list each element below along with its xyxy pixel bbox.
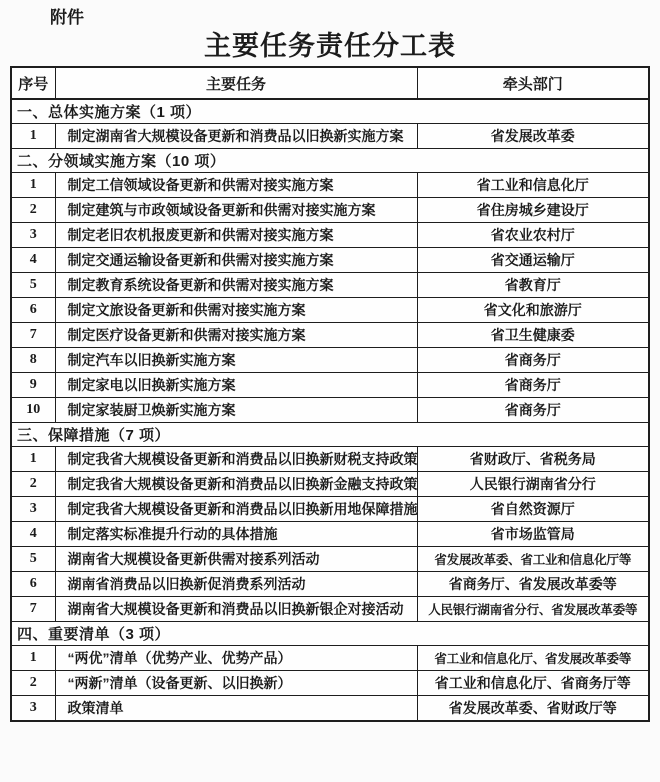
- dept-cell: 省发展改革委、省财政厅等: [417, 696, 649, 722]
- section-header-row: 二、分领域实施方案（10 项）: [11, 149, 649, 173]
- serial-number-cell: 10: [11, 398, 55, 423]
- serial-number-cell: 1: [11, 646, 55, 671]
- serial-number-cell: 7: [11, 597, 55, 622]
- serial-number-cell: 5: [11, 273, 55, 298]
- dept-cell: 省发展改革委: [417, 124, 649, 149]
- serial-number-cell: 5: [11, 547, 55, 572]
- serial-number-cell: 1: [11, 447, 55, 472]
- serial-number-cell: 3: [11, 696, 55, 722]
- serial-number-cell: 4: [11, 248, 55, 273]
- header-cell-dept: 牵头部门: [417, 67, 649, 99]
- table-row: 5湖南省大规模设备更新供需对接系列活动省发展改革委、省工业和信息化厅等: [11, 547, 649, 572]
- table-row: 7湖南省大规模设备更新和消费品以旧换新银企对接活动人民银行湖南省分行、省发展改革…: [11, 597, 649, 622]
- section-title: 四、重要清单（3 项）: [11, 622, 649, 646]
- table-row: 4制定落实标准提升行动的具体措施省市场监管局: [11, 522, 649, 547]
- table-row: 2制定建筑与市政领域设备更新和供需对接实施方案省住房城乡建设厅: [11, 198, 649, 223]
- header-cell-serial: 序号: [11, 67, 55, 99]
- document-page: 附件 主要任务责任分工表 序号 主要任务 牵头部门 一、总体实施方案（1 项）1…: [0, 0, 660, 782]
- table-row: 1制定我省大规模设备更新和消费品以旧换新财税支持政策省财政厅、省税务局: [11, 447, 649, 472]
- task-cell: 制定家装厨卫焕新实施方案: [55, 398, 417, 423]
- serial-number-cell: 3: [11, 223, 55, 248]
- task-cell: “两新”清单（设备更新、以旧换新）: [55, 671, 417, 696]
- dept-cell: 省自然资源厅: [417, 497, 649, 522]
- section-header-row: 一、总体实施方案（1 项）: [11, 99, 649, 124]
- serial-number-cell: 2: [11, 472, 55, 497]
- table-row: 1“两优”清单（优势产业、优势产品）省工业和信息化厅、省发展改革委等: [11, 646, 649, 671]
- task-cell: 制定家电以旧换新实施方案: [55, 373, 417, 398]
- table-row: 3政策清单省发展改革委、省财政厅等: [11, 696, 649, 722]
- dept-cell: 省市场监管局: [417, 522, 649, 547]
- section-title: 三、保障措施（7 项）: [11, 423, 649, 447]
- task-cell: “两优”清单（优势产业、优势产品）: [55, 646, 417, 671]
- dept-cell: 省商务厅: [417, 398, 649, 423]
- section-title: 一、总体实施方案（1 项）: [11, 99, 649, 124]
- task-cell: 制定文旅设备更新和供需对接实施方案: [55, 298, 417, 323]
- task-cell: 制定我省大规模设备更新和消费品以旧换新财税支持政策: [55, 447, 417, 472]
- task-cell: 制定老旧农机报废更新和供需对接实施方案: [55, 223, 417, 248]
- task-cell: 湖南省大规模设备更新供需对接系列活动: [55, 547, 417, 572]
- task-table: 序号 主要任务 牵头部门 一、总体实施方案（1 项）1制定湖南省大规模设备更新和…: [10, 66, 650, 722]
- task-cell: 湖南省大规模设备更新和消费品以旧换新银企对接活动: [55, 597, 417, 622]
- serial-number-cell: 1: [11, 173, 55, 198]
- dept-cell: 省工业和信息化厅、省商务厅等: [417, 671, 649, 696]
- dept-cell: 省商务厅: [417, 348, 649, 373]
- header-cell-task: 主要任务: [55, 67, 417, 99]
- task-cell: 湖南省消费品以旧换新促消费系列活动: [55, 572, 417, 597]
- task-cell: 制定教育系统设备更新和供需对接实施方案: [55, 273, 417, 298]
- task-cell: 制定工信领域设备更新和供需对接实施方案: [55, 173, 417, 198]
- table-row: 2“两新”清单（设备更新、以旧换新）省工业和信息化厅、省商务厅等: [11, 671, 649, 696]
- task-cell: 制定建筑与市政领域设备更新和供需对接实施方案: [55, 198, 417, 223]
- table-row: 10制定家装厨卫焕新实施方案省商务厅: [11, 398, 649, 423]
- dept-cell: 省商务厅、省发展改革委等: [417, 572, 649, 597]
- table-row: 9制定家电以旧换新实施方案省商务厅: [11, 373, 649, 398]
- table-row: 1制定工信领域设备更新和供需对接实施方案省工业和信息化厅: [11, 173, 649, 198]
- dept-cell: 省工业和信息化厅: [417, 173, 649, 198]
- dept-cell: 人民银行湖南省分行: [417, 472, 649, 497]
- table-row: 6制定文旅设备更新和供需对接实施方案省文化和旅游厅: [11, 298, 649, 323]
- table-row: 7制定医疗设备更新和供需对接实施方案省卫生健康委: [11, 323, 649, 348]
- serial-number-cell: 2: [11, 671, 55, 696]
- table-row: 3制定我省大规模设备更新和消费品以旧换新用地保障措施省自然资源厅: [11, 497, 649, 522]
- serial-number-cell: 9: [11, 373, 55, 398]
- attachment-label: 附件: [50, 0, 660, 28]
- table-row: 3制定老旧农机报废更新和供需对接实施方案省农业农村厅: [11, 223, 649, 248]
- serial-number-cell: 6: [11, 298, 55, 323]
- dept-cell: 省工业和信息化厅、省发展改革委等: [417, 646, 649, 671]
- task-cell: 制定交通运输设备更新和供需对接实施方案: [55, 248, 417, 273]
- table-row: 5制定教育系统设备更新和供需对接实施方案省教育厅: [11, 273, 649, 298]
- table-row: 2制定我省大规模设备更新和消费品以旧换新金融支持政策人民银行湖南省分行: [11, 472, 649, 497]
- table-row: 4制定交通运输设备更新和供需对接实施方案省交通运输厅: [11, 248, 649, 273]
- task-cell: 制定汽车以旧换新实施方案: [55, 348, 417, 373]
- dept-cell: 省教育厅: [417, 273, 649, 298]
- table-body: 一、总体实施方案（1 项）1制定湖南省大规模设备更新和消费品以旧换新实施方案省发…: [11, 99, 649, 721]
- serial-number-cell: 4: [11, 522, 55, 547]
- serial-number-cell: 7: [11, 323, 55, 348]
- table-header: 序号 主要任务 牵头部门: [11, 67, 649, 99]
- dept-cell: 省财政厅、省税务局: [417, 447, 649, 472]
- serial-number-cell: 2: [11, 198, 55, 223]
- section-title: 二、分领域实施方案（10 项）: [11, 149, 649, 173]
- task-cell: 制定落实标准提升行动的具体措施: [55, 522, 417, 547]
- header-row: 序号 主要任务 牵头部门: [11, 67, 649, 99]
- dept-cell: 省发展改革委、省工业和信息化厅等: [417, 547, 649, 572]
- dept-cell: 人民银行湖南省分行、省发展改革委等: [417, 597, 649, 622]
- serial-number-cell: 1: [11, 124, 55, 149]
- task-cell: 制定我省大规模设备更新和消费品以旧换新用地保障措施: [55, 497, 417, 522]
- task-cell: 制定湖南省大规模设备更新和消费品以旧换新实施方案: [55, 124, 417, 149]
- serial-number-cell: 6: [11, 572, 55, 597]
- table-row: 1制定湖南省大规模设备更新和消费品以旧换新实施方案省发展改革委: [11, 124, 649, 149]
- section-header-row: 三、保障措施（7 项）: [11, 423, 649, 447]
- dept-cell: 省文化和旅游厅: [417, 298, 649, 323]
- serial-number-cell: 3: [11, 497, 55, 522]
- section-header-row: 四、重要清单（3 项）: [11, 622, 649, 646]
- table-row: 8制定汽车以旧换新实施方案省商务厅: [11, 348, 649, 373]
- dept-cell: 省住房城乡建设厅: [417, 198, 649, 223]
- page-title: 主要任务责任分工表: [0, 31, 660, 62]
- task-cell: 制定我省大规模设备更新和消费品以旧换新金融支持政策: [55, 472, 417, 497]
- dept-cell: 省农业农村厅: [417, 223, 649, 248]
- dept-cell: 省交通运输厅: [417, 248, 649, 273]
- dept-cell: 省商务厅: [417, 373, 649, 398]
- task-cell: 制定医疗设备更新和供需对接实施方案: [55, 323, 417, 348]
- table-row: 6湖南省消费品以旧换新促消费系列活动省商务厅、省发展改革委等: [11, 572, 649, 597]
- serial-number-cell: 8: [11, 348, 55, 373]
- task-cell: 政策清单: [55, 696, 417, 722]
- dept-cell: 省卫生健康委: [417, 323, 649, 348]
